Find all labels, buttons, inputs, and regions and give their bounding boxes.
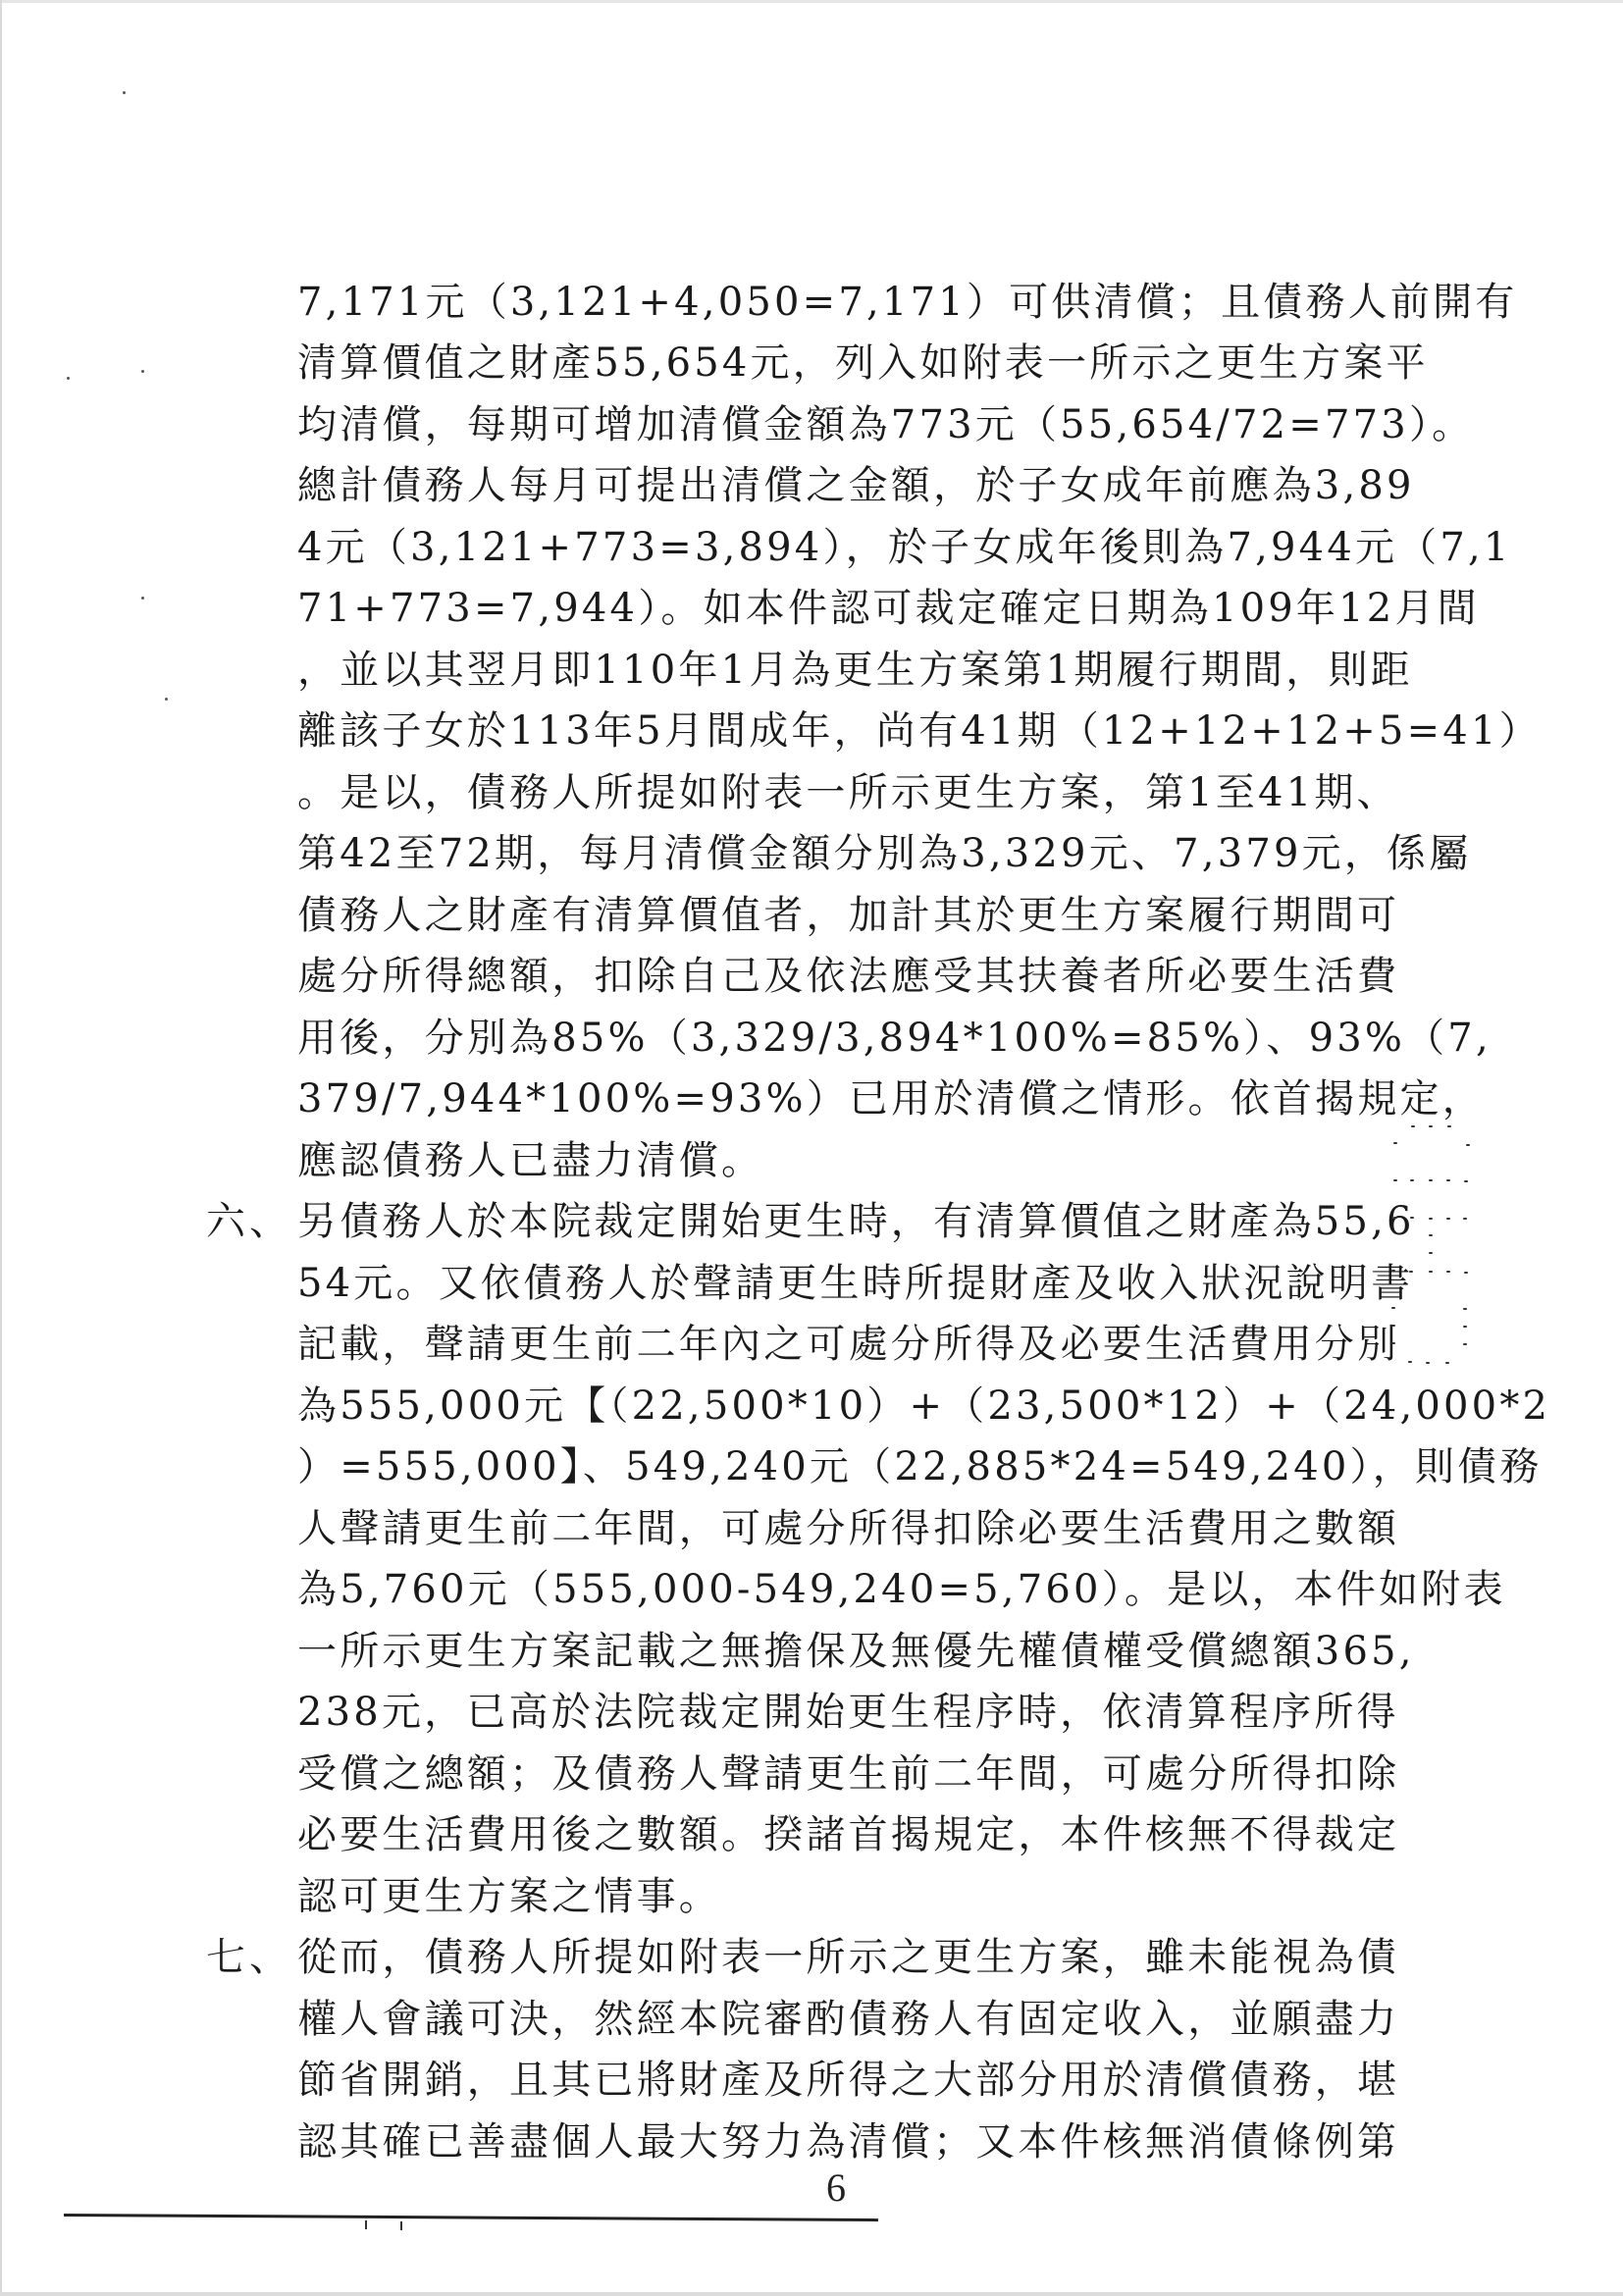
- text-line: ）=555,000】、549,240元（22,885*24=549,240），則…: [297, 1436, 1377, 1497]
- text-line: 另債務人於本院裁定開始更生時，有清算價值之財產為55,6: [297, 1191, 1377, 1252]
- text-line: 一所示更生方案記載之無擔保及無優先權債權受償總額365,: [297, 1621, 1377, 1682]
- text-line: 總計債務人每月可提出清償之金額，於子女成年前應為3,89: [297, 455, 1377, 516]
- text-line: 54元。又依債務人於聲請更生時所提財產及收入狀況說明書: [297, 1253, 1377, 1314]
- text-line: 379/7,944*100%=93%）已用於清償之情形。依首揭規定，: [297, 1069, 1377, 1129]
- text-line: 人聲請更生前二年間，可處分所得扣除必要生活費用之數額: [297, 1498, 1377, 1559]
- text-line: 受償之總額；及債務人聲請更生前二年間，可處分所得扣除: [297, 1744, 1377, 1804]
- text-line: 用後，分別為85%（3,329/3,894*100%=85%）、93%（7,: [297, 1008, 1377, 1069]
- text-line: 處分所得總額，扣除自己及依法應受其扶養者所必要生活費: [297, 946, 1377, 1007]
- text-line: 7,171元（3,121+4,050=7,171）可供清償；且債務人前開有: [297, 272, 1377, 333]
- text-line: 應認債務人已盡力清償。: [297, 1130, 1377, 1191]
- text-line: 第42至72期，每月清償金額分別為3,329元、7,379元，係屬: [297, 823, 1377, 884]
- text-line: 71+773=7,944）。如本件認可裁定確定日期為109年12月間: [297, 578, 1377, 639]
- text-line: 為555,000元【（22,500*10）+（23,500*12）+（24,00…: [297, 1376, 1377, 1436]
- footer-tick: [400, 2221, 402, 2230]
- text-line: ，並以其翌月即110年1月為更生方案第1期履行期間，則距: [297, 640, 1377, 701]
- text-line: 離該子女於113年5月間成年，尚有41期（12+12+12+5=41）: [297, 701, 1377, 761]
- text-line: 節省開銷，且其已將財產及所得之大部分用於清償債務，堪: [297, 2050, 1377, 2111]
- section-marker: 七、: [206, 1927, 292, 1988]
- scan-edge-bottom: [0, 2292, 1623, 2296]
- text-line: 。是以，債務人所提如附表一所示更生方案，第1至41期、: [297, 762, 1377, 823]
- page-number: 6: [826, 2159, 846, 2218]
- text-line: 權人會議可決，然經本院審酌債務人有固定收入，並願盡力: [297, 1989, 1377, 2050]
- text-line: 238元，已高於法院裁定開始更生程序時，依清算程序所得: [297, 1682, 1377, 1743]
- text-line: 必要生活費用後之數額。揆諸首揭規定，本件核無不得裁定: [297, 1804, 1377, 1865]
- footer-line: [64, 2214, 878, 2221]
- text-line: 為5,760元（555,000-549,240=5,760）。是以，本件如附表: [297, 1559, 1377, 1620]
- scan-edge-top: [0, 0, 1623, 3]
- text-line: 認可更生方案之情事。: [297, 1866, 1377, 1927]
- section-marker: 六、: [206, 1191, 292, 1252]
- text-line: 記載，聲請更生前二年內之可處分所得及必要生活費用分別: [297, 1314, 1377, 1375]
- text-line: 均清償，每期可增加清償金額為773元（55,654/72=773）。: [297, 394, 1377, 455]
- text-line: 4元（3,121+773=3,894），於子女成年後則為7,944元（7,1: [297, 517, 1377, 578]
- text-line: 債務人之財產有清算價值者，加計其於更生方案履行期間可: [297, 885, 1377, 946]
- text-line: 清算價值之財產55,654元，列入如附表一所示之更生方案平: [297, 333, 1377, 393]
- text-line: 從而，債務人所提如附表一所示之更生方案，雖未能視為債: [297, 1927, 1377, 1988]
- scan-edge-left: [0, 0, 2, 2296]
- footer-tick: [365, 2220, 367, 2229]
